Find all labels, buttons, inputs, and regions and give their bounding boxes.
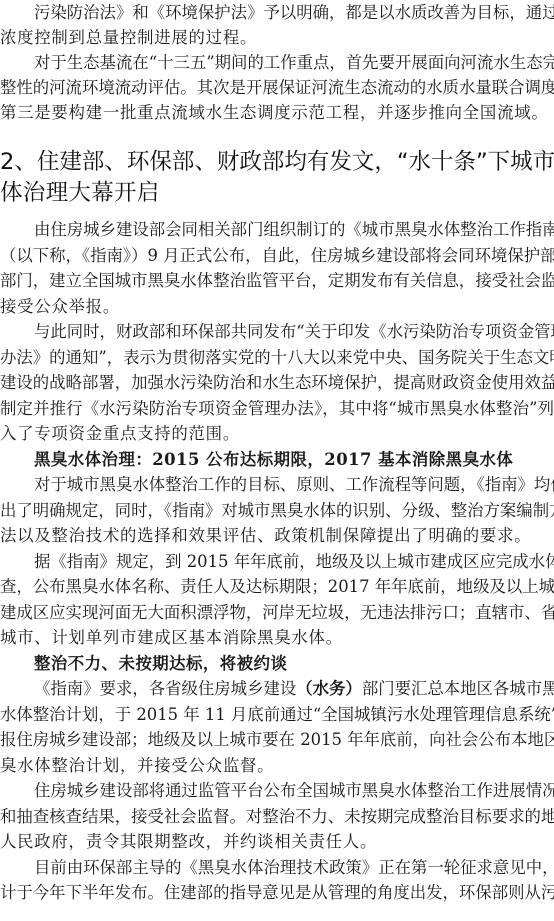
paragraph-line: 《指南》要求，各省级住房城乡建设（水务）部门要汇总本地区各城市黑臭 — [0, 676, 554, 701]
paragraph-line: 据《指南》规定，到 2015 年年底前，地级及以上城市建成区应完成水体排 — [0, 549, 554, 574]
paragraph-line: 查，公布黑臭水体名称、责任人及达标期限；2017 年年底前，地级及以上城市 — [0, 574, 554, 599]
paragraph-line: 浓度控制到总量控制进展的过程。 — [0, 25, 554, 50]
text-run: 部门要汇总本地区各城市黑臭 — [362, 679, 554, 698]
paragraph-line: 制定并推行《水污染防治专项资金管理办法》，其中将“城市黑臭水体整治”列 — [0, 396, 554, 421]
paragraph-line: 整性的河流环境流动评估。其次是开展保证河流生态流动的水质水量联合调度。 — [0, 75, 554, 100]
paragraph-line: 部门，建立全国城市黑臭水体整治监管平台，定期发布有关信息，接受社会监督， — [0, 268, 554, 293]
paragraph-line: 建设的战略部署，加强水污染防治和水生态环境保护，提高财政资金使用效益， — [0, 370, 554, 395]
paragraph-line: 出了明确规定，同时，《指南》对城市黑臭水体的识别、分级、整治方案编制方 — [0, 498, 554, 523]
paragraph-line: 与此同时，财政部和环保部共同发布“关于印发《水污染防治专项资金管理 — [0, 319, 554, 344]
paragraph-line: 污染防治法》和《环境保护法》予以明确，都是以水质改善为目标，通过由 — [0, 0, 554, 25]
bold-text-run: （水务） — [296, 679, 362, 698]
subheading: 整治不力、未按期达标，将被约谈 — [0, 651, 554, 676]
section-heading: 2、住建部、环保部、财政部均有发文，“水十条”下城市黑臭水 — [0, 146, 554, 178]
paragraph-line: 城市、计划单列市建成区基本消除黑臭水体。 — [0, 625, 554, 650]
paragraph-line: 入了专项资金重点支持的范围。 — [0, 421, 554, 446]
subheading: 黑臭水体治理：2015 公布达标期限，2017 基本消除黑臭水体 — [0, 447, 554, 472]
paragraph-line: 对于城市黑臭水体整治工作的目标、原则、工作流程等问题，《指南》均作 — [0, 472, 554, 497]
paragraph-line: 水体整治计划，于 2015 年 11 月底前通过“全国城镇污水处理管理信息系统”… — [0, 702, 554, 727]
paragraph-line: 法以及整治技术的选择和效果评估、政策机制保障提出了明确的要求。 — [0, 523, 554, 548]
paragraph-line: 第三是要构建一批重点流域水生态调度示范工程，并逐步推向全国流域。 — [0, 100, 554, 125]
paragraph-line: 报住房城乡建设部；地级及以上城市要在 2015 年年底前，向社会公布本地区黑 — [0, 727, 554, 752]
paragraph-line: 人民政府，责令其限期整改，并约谈相关责任人。 — [0, 829, 554, 854]
paragraph-line: 和抽查核查结果，接受社会监督。对整治不力、未按期完成整治目标要求的地方 — [0, 804, 554, 829]
text-run: 《指南》要求，各省级住房城乡建设 — [34, 679, 296, 698]
section-heading: 体治理大幕开启 — [0, 177, 554, 209]
paragraph-line: 接受公众举报。 — [0, 294, 554, 319]
paragraph-line: 目前由环保部主导的《黑臭水体治理技术政策》正在第一轮征求意见中，预 — [0, 855, 554, 880]
paragraph-line: 由住房城乡建设部会同相关部门组织制订的《城市黑臭水体整治工作指南》 — [0, 217, 554, 242]
paragraph-line: 对于生态基流在“十三五”期间的工作重点，首先要开展面向河流水生态完 — [0, 50, 554, 75]
paragraph-line: 建成区应实现河面无大面积漂浮物，河岸无垃圾，无违法排污口；直辖市、省会 — [0, 600, 554, 625]
paragraph-line: 臭水体整治计划，并接受公众监督。 — [0, 753, 554, 778]
paragraph-line: 计于今年下半年发布。住建部的指导意见是从管理的角度出发，环保部则从污染 — [0, 880, 554, 905]
paragraph-line: 办法》的通知”，表示为贯彻落实党的十八大以来党中央、国务院关于生态文明 — [0, 345, 554, 370]
document-page: 污染防治法》和《环境保护法》予以明确，都是以水质改善为目标，通过由 浓度控制到总… — [0, 0, 554, 921]
paragraph-line: 住房城乡建设部将通过监管平台公布全国城市黑臭水体整治工作进展情况 — [0, 778, 554, 803]
paragraph-line: （以下称，《指南》）9 月正式公布，自此，住房城乡建设部将会同环境保护部等 — [0, 243, 554, 268]
